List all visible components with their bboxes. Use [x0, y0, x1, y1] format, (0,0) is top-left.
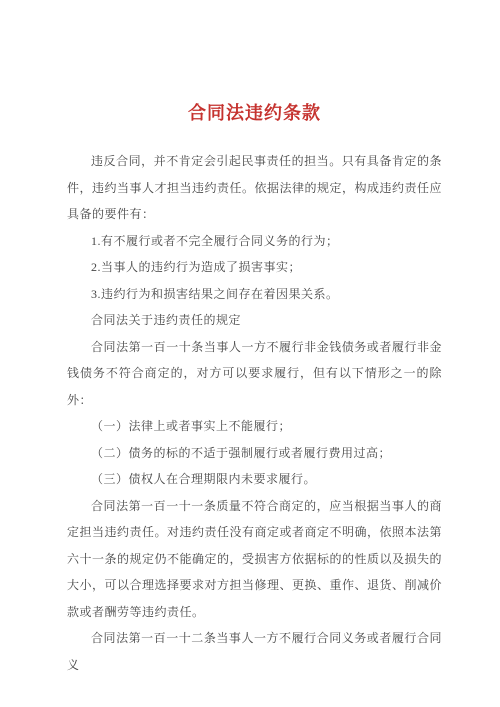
paragraph: 3.违约行为和损害结果之间存在着因果关系。: [67, 281, 442, 308]
document-body: 违反合同，并不肯定会引起民事责任的担当。只有具备肯定的条件，违约当事人才担当违约…: [67, 148, 442, 678]
paragraph: 合同法第一百一十二条当事人一方不履行合同义务或者履行合同义: [67, 625, 442, 678]
paragraph: 违反合同，并不肯定会引起民事责任的担当。只有具备肯定的条件，违约当事人才担当违约…: [67, 148, 442, 228]
list-item: （三）债权人在合理期限内未要求履行。: [67, 466, 442, 493]
paragraph: 1.有不履行或者不完全履行合同义务的行为；: [67, 228, 442, 255]
list-item: （二）债务的标的不适于强制履行或者履行费用过高；: [67, 440, 442, 467]
document-page: 合同法违约条款 违反合同，并不肯定会引起民事责任的担当。只有具备肯定的条件，违约…: [0, 0, 500, 707]
paragraph: 2.当事人的违约行为造成了损害事实；: [67, 254, 442, 281]
list-item: （一）法律上或者事实上不能履行；: [67, 413, 442, 440]
paragraph: 合同法第一百一十条当事人一方不履行非金钱债务或者履行非金钱债务不符合商定的，对方…: [67, 334, 442, 414]
document-title: 合同法违约条款: [67, 100, 442, 126]
section-heading: 合同法关于违约责任的规定: [67, 307, 442, 334]
paragraph: 合同法第一百一十一条质量不符合商定的，应当根据当事人的商定担当违约责任。对违约责…: [67, 493, 442, 626]
